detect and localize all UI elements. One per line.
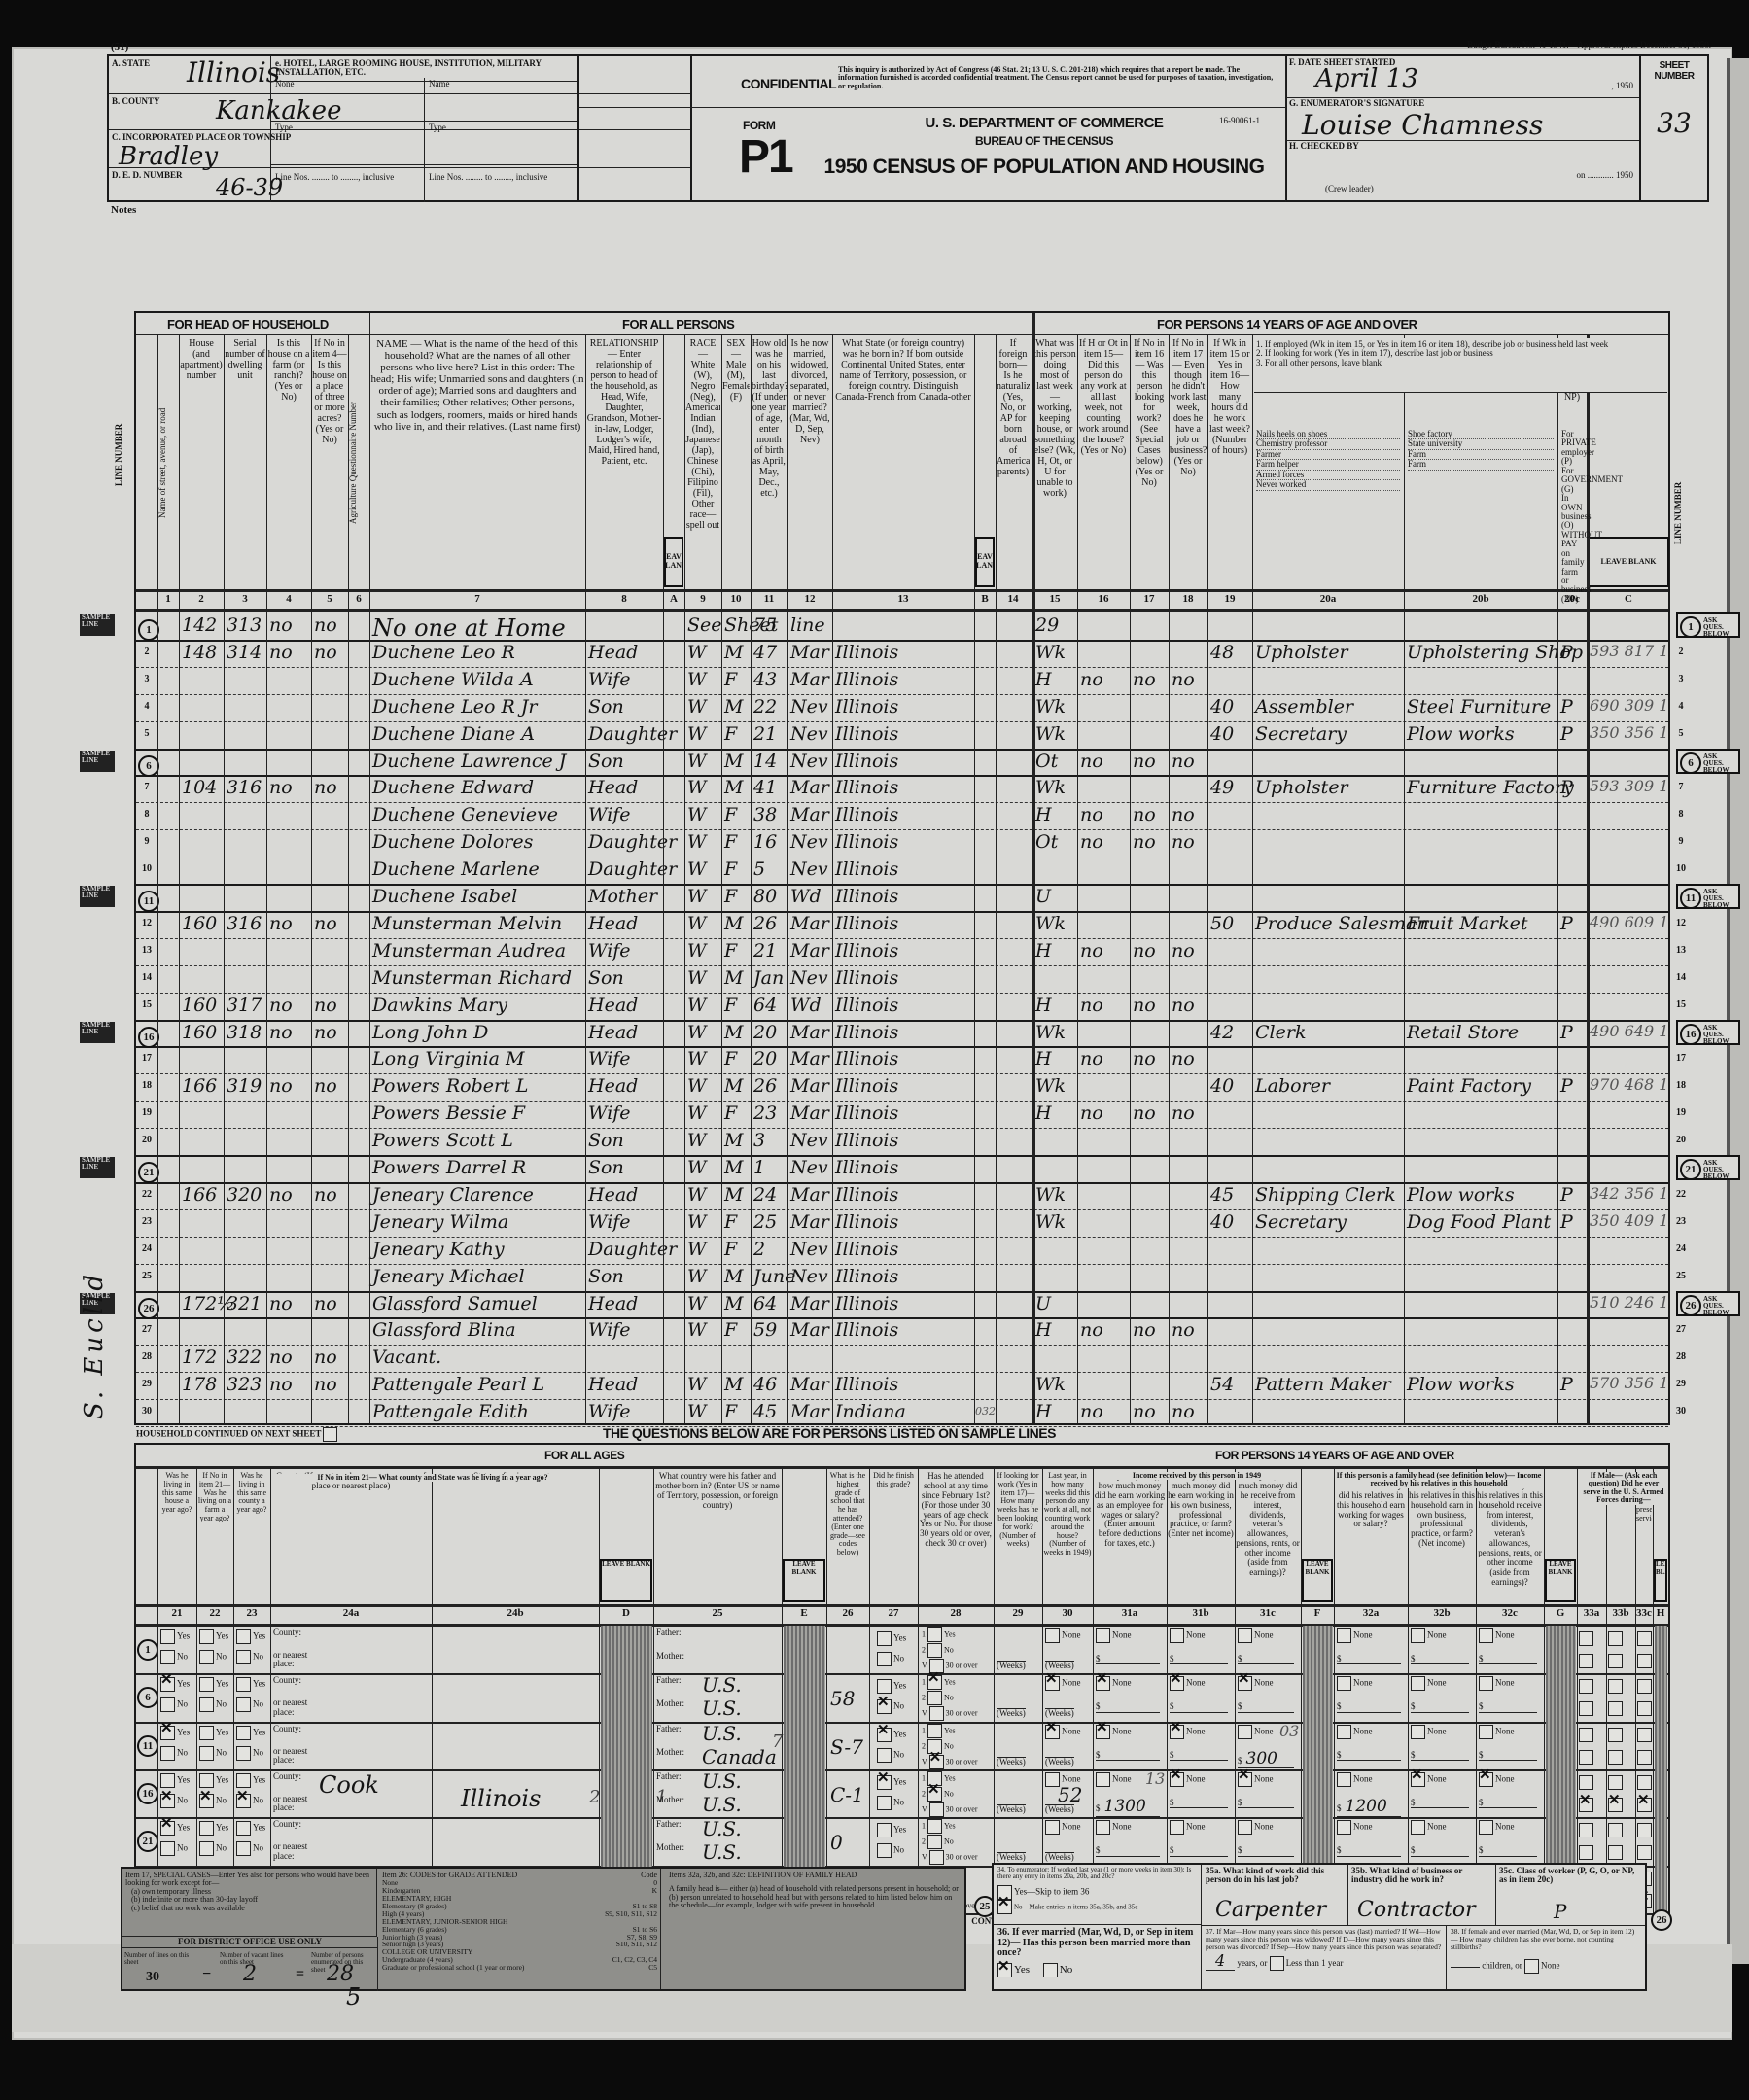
cell-age[interactable]: 14 [753, 751, 777, 772]
cell-birthplace[interactable]: Illinois [835, 696, 898, 717]
table-row[interactable]: 99Duchene DoloresDaughterWF16NevIllinois… [136, 829, 1668, 857]
cell-marital[interactable]: Nev [790, 858, 828, 880]
cell-race[interactable]: W [687, 669, 707, 690]
cell-dwelling[interactable]: 322 [227, 1347, 262, 1368]
cell-marital[interactable]: Nev [790, 723, 828, 745]
table-row[interactable]: 1414Munsterman RichardSonWMJanNevIllinoi… [136, 965, 1668, 993]
cell-birthplace[interactable]: Illinois [835, 886, 898, 907]
cell-age[interactable]: June [753, 1266, 795, 1287]
income-field-32a[interactable]: $1200 [1337, 1799, 1401, 1817]
father-birthplace[interactable]: U.S. [702, 1722, 742, 1745]
q22-no-checkbox[interactable] [199, 1650, 214, 1664]
q38-children-input[interactable] [1451, 1967, 1480, 1968]
cell-race[interactable]: W [687, 995, 707, 1016]
person-name[interactable]: Duchene Diane A [372, 723, 535, 745]
cell-marital[interactable]: Nev [790, 751, 828, 772]
cell-marital[interactable]: Nev [790, 1130, 828, 1151]
hotel-type-2[interactable]: Type [425, 122, 577, 165]
cell-c18[interactable]: no [1172, 1048, 1195, 1069]
q23-yes-checkbox[interactable] [236, 1629, 251, 1644]
33a-yes-checkbox[interactable] [1579, 1728, 1593, 1742]
q32a-none-checkbox[interactable] [1337, 1725, 1351, 1739]
cell-acres[interactable]: no [314, 777, 337, 798]
table-row[interactable]: 2828172322nonoVacant. [136, 1345, 1668, 1372]
33c-no-checkbox[interactable] [1637, 1798, 1652, 1812]
cell-sex[interactable]: M [724, 1374, 743, 1395]
cell-age[interactable]: 59 [753, 1319, 777, 1341]
q23-yes-checkbox[interactable] [236, 1821, 251, 1836]
date-field[interactable]: f. DATE SHEET STARTED April 13 , 1950 [1286, 56, 1639, 98]
cell-activity[interactable]: H [1035, 1401, 1052, 1422]
q32a-none-checkbox[interactable] [1337, 1772, 1351, 1787]
father-birthplace[interactable]: U.S. [702, 1817, 742, 1840]
cell-marital[interactable]: Mar [790, 1293, 829, 1314]
person-name[interactable]: Long John D [372, 1022, 488, 1043]
cell-birthplace[interactable]: Illinois [835, 1266, 898, 1287]
q32a-none-checkbox[interactable] [1337, 1820, 1351, 1835]
cell-relationship[interactable]: Son [588, 1266, 624, 1287]
income-field-31c[interactable]: $300 [1238, 1751, 1294, 1769]
cell-birthplace[interactable]: Illinois [835, 1374, 898, 1395]
cell-c16[interactable]: no [1080, 804, 1103, 825]
cell-class[interactable]: P [1560, 1374, 1573, 1395]
cell-relationship[interactable]: Head [588, 1075, 638, 1097]
person-name[interactable]: Powers Bessie F [372, 1102, 525, 1124]
q32b-none-checkbox[interactable] [1411, 1820, 1425, 1835]
cell-age[interactable]: 26 [753, 913, 777, 934]
cell-industry[interactable]: Retail Store [1407, 1022, 1519, 1043]
cell-age[interactable]: 75 [753, 614, 777, 636]
cell-marital[interactable]: Nev [790, 967, 828, 989]
cell-activity[interactable]: H [1035, 995, 1052, 1016]
cell-relationship[interactable]: Son [588, 751, 624, 772]
table-row[interactable]: SAMPLE LINE6ASK QUES. BELOW6Duchene Lawr… [136, 749, 1668, 776]
table-row[interactable]: 1717Long Virginia MWifeWF20MarIllinoisHn… [136, 1046, 1668, 1073]
cell-c17[interactable]: no [1133, 831, 1156, 853]
income-field-32c[interactable]: $ [1479, 1799, 1537, 1808]
cell-marital[interactable]: Mar [790, 642, 829, 663]
q22-yes-checkbox[interactable] [199, 1773, 214, 1788]
cell-class[interactable]: P [1560, 1211, 1573, 1233]
household-continued-checkbox[interactable] [323, 1427, 337, 1442]
cell-race[interactable]: W [687, 1075, 707, 1097]
cell-occupation[interactable]: Secretary [1255, 723, 1347, 745]
cell-hours[interactable]: 40 [1210, 1075, 1234, 1097]
q21-yes-checkbox[interactable] [160, 1629, 175, 1644]
q31c-none-checkbox[interactable] [1238, 1772, 1252, 1787]
income-field-32a[interactable]: $ [1337, 1751, 1401, 1761]
cell-activity[interactable]: H [1035, 669, 1052, 690]
q28-no-checkbox[interactable] [927, 1643, 942, 1658]
hotel-name-2[interactable]: Name [425, 78, 577, 122]
33a-no-checkbox[interactable] [1579, 1654, 1593, 1668]
cell-marital[interactable]: Mar [790, 1184, 829, 1206]
cell-birthplace[interactable]: Illinois [835, 913, 898, 934]
cell-age[interactable]: 80 [753, 886, 777, 907]
cell-race[interactable]: W [687, 642, 707, 663]
cell-birthplace[interactable]: Illinois [835, 642, 898, 663]
cell-acres[interactable]: no [314, 1184, 337, 1206]
q31a-none-checkbox[interactable] [1096, 1676, 1110, 1691]
q31b-none-checkbox[interactable] [1170, 1820, 1184, 1835]
income-field-31c[interactable]: $ [1238, 1702, 1294, 1712]
cell-age[interactable]: 47 [753, 642, 777, 663]
cell-industry[interactable]: Plow works [1407, 723, 1515, 745]
grade-attended[interactable]: C-1 [830, 1783, 864, 1806]
cell-c18[interactable]: no [1172, 940, 1195, 962]
table-row[interactable]: 3030Pattengale EdithWifeWF45MarIndianaHn… [136, 1399, 1668, 1426]
person-name[interactable]: Munsterman Richard [372, 967, 572, 989]
enumerator-field[interactable]: g. ENUMERATOR'S SIGNATURE Louise Chamnes… [1286, 97, 1639, 141]
cell-hours[interactable]: 50 [1210, 913, 1234, 934]
cell-race[interactable]: W [687, 1211, 707, 1233]
cell-codes[interactable]: 342 356 1 [1590, 1184, 1668, 1203]
33c-no-checkbox[interactable] [1637, 1750, 1652, 1765]
q23-no-checkbox[interactable] [236, 1697, 251, 1712]
cell-age[interactable]: 16 [753, 831, 777, 853]
cell-age[interactable]: 21 [753, 723, 777, 745]
cell-occupation[interactable]: Pattern Maker [1255, 1374, 1391, 1395]
q23-no-checkbox[interactable] [236, 1650, 251, 1664]
cell-relationship[interactable]: Wife [588, 669, 631, 690]
q28-yes-checkbox[interactable] [927, 1675, 942, 1690]
cell-c17[interactable]: no [1133, 751, 1156, 772]
cell-birthplace[interactable]: Illinois [835, 1048, 898, 1069]
income-field-31b[interactable]: $ [1170, 1655, 1228, 1664]
cell-codes[interactable]: 510 246 1 [1590, 1293, 1668, 1312]
33a-no-checkbox[interactable] [1579, 1750, 1593, 1765]
county-value[interactable]: Cook [319, 1771, 379, 1799]
cell-hours[interactable]: 40 [1210, 723, 1234, 745]
q32c-none-checkbox[interactable] [1479, 1820, 1493, 1835]
cell-sex[interactable]: F [724, 804, 737, 825]
cell-age[interactable]: 41 [753, 777, 777, 798]
income-field-32b[interactable]: $ [1411, 1751, 1469, 1761]
hotel-type-1[interactable]: Type [271, 122, 424, 165]
cell-relationship[interactable]: Head [588, 1293, 638, 1314]
cell-c17[interactable]: no [1133, 1048, 1156, 1069]
income-field-31b[interactable]: $ [1170, 1751, 1228, 1761]
q22-yes-checkbox[interactable] [199, 1821, 214, 1836]
q28-30-or-over-checkbox[interactable] [929, 1706, 944, 1721]
cell-marital[interactable]: Mar [790, 1211, 829, 1233]
cell-sex[interactable]: M [724, 1075, 743, 1097]
cell-acres[interactable]: no [314, 1347, 337, 1368]
q31b-none-checkbox[interactable] [1170, 1676, 1184, 1691]
cell-race[interactable]: W [687, 1401, 707, 1422]
33c-yes-checkbox[interactable] [1637, 1823, 1652, 1837]
cell-farm[interactable]: no [269, 995, 293, 1016]
income-field-32c[interactable]: $ [1479, 1702, 1537, 1712]
income-field-31b[interactable]: $ [1170, 1846, 1228, 1856]
cell-dwelling[interactable]: 318 [227, 1022, 262, 1043]
cell-age[interactable]: 22 [753, 696, 777, 717]
cell-industry[interactable]: Upholstering Shop [1407, 642, 1583, 663]
cell-occupation[interactable]: Assembler [1255, 696, 1353, 717]
cell-c16[interactable]: no [1080, 831, 1103, 853]
cell-age[interactable]: 38 [753, 804, 777, 825]
cell-birthplace[interactable]: Illinois [835, 723, 898, 745]
cell-birthplace[interactable]: Illinois [835, 804, 898, 825]
state-value[interactable]: Illinois [461, 1785, 541, 1812]
cell-c16[interactable]: no [1080, 940, 1103, 962]
sample-row[interactable]: 11YesNoYesNoYesNoCounty:or nearest place… [136, 1722, 1668, 1769]
cell-activity[interactable]: H [1035, 940, 1052, 962]
cell-relationship[interactable]: Wife [588, 1102, 631, 1124]
cell-c17[interactable]: no [1133, 940, 1156, 962]
q31a-none-checkbox[interactable] [1096, 1772, 1110, 1787]
cell-relationship[interactable]: Wife [588, 1401, 631, 1422]
cell-sex[interactable]: F [724, 1102, 737, 1124]
cell-sex[interactable]: M [724, 1293, 743, 1314]
cell-occupation[interactable]: Upholster [1255, 642, 1348, 663]
q21-yes-checkbox[interactable] [160, 1726, 175, 1740]
cell-c18[interactable]: no [1172, 1401, 1195, 1422]
person-name[interactable]: Duchene Leo R Jr [372, 696, 538, 717]
q28-30-or-over-checkbox[interactable] [929, 1802, 944, 1817]
cell-hours[interactable]: 40 [1210, 1211, 1234, 1233]
cell-marital[interactable]: Wd [790, 886, 822, 907]
cell-relationship[interactable]: Wife [588, 940, 631, 962]
person-name[interactable]: Glassford Samuel [372, 1293, 538, 1314]
hotel-lines-1[interactable]: Line Nos. ........ to ........, inclusiv… [271, 165, 424, 190]
q37-answer[interactable]: 4 [1206, 1951, 1235, 1971]
cell-occupation[interactable]: Upholster [1255, 777, 1348, 798]
cell-industry[interactable]: Steel Furniture [1407, 696, 1551, 717]
person-name[interactable]: Munsterman Melvin [372, 913, 562, 934]
person-name[interactable]: Munsterman Audrea [372, 940, 566, 962]
cell-sex[interactable]: M [724, 967, 743, 989]
q36-yes-checkbox[interactable] [997, 1963, 1012, 1977]
cell-relationship[interactable]: Wife [588, 1211, 631, 1233]
q38-none-checkbox[interactable] [1524, 1959, 1539, 1974]
cell-c18[interactable]: no [1172, 1319, 1195, 1341]
33c-yes-checkbox[interactable] [1637, 1775, 1652, 1790]
cell-relationship[interactable]: Head [588, 1022, 638, 1043]
income-field-32c[interactable]: $ [1479, 1846, 1537, 1856]
person-name[interactable]: Duchene Leo R [372, 642, 515, 663]
q28-no-checkbox[interactable] [927, 1835, 942, 1849]
cell-class[interactable]: P [1560, 723, 1573, 745]
income-field-32a[interactable]: $ [1337, 1702, 1401, 1712]
cell-sex[interactable]: M [724, 777, 743, 798]
33a-no-checkbox[interactable] [1579, 1845, 1593, 1860]
grade-attended[interactable]: S-7 [830, 1735, 863, 1759]
cell-birthplace[interactable]: Illinois [835, 1130, 898, 1151]
33c-yes-checkbox[interactable] [1637, 1679, 1652, 1694]
cell-hours[interactable]: 48 [1210, 642, 1234, 663]
q31a-none-checkbox[interactable] [1096, 1820, 1110, 1835]
33a-no-checkbox[interactable] [1579, 1701, 1593, 1716]
income-field-31a[interactable]: $ [1096, 1655, 1160, 1664]
cell-hours[interactable]: 40 [1210, 696, 1234, 717]
cell-relationship[interactable]: Head [588, 642, 638, 663]
cell-house[interactable]: 178 [182, 1374, 217, 1395]
cell-birthplace[interactable]: Illinois [835, 669, 898, 690]
person-name[interactable]: Powers Darrel R [372, 1157, 526, 1178]
table-row[interactable]: 2727Glassford BlinaWifeWF59MarIllinoisHn… [136, 1317, 1668, 1345]
cell-activity[interactable]: Wk [1035, 1374, 1066, 1395]
cell-c18[interactable]: no [1172, 1102, 1195, 1124]
cell-hours[interactable]: 42 [1210, 1022, 1234, 1043]
table-row[interactable]: 33Duchene Wilda AWifeWF43MarIllinoisHnon… [136, 667, 1668, 694]
cell-birthplace[interactable]: Illinois [835, 777, 898, 798]
q32b-none-checkbox[interactable] [1411, 1676, 1425, 1691]
cell-sex[interactable]: F [724, 1401, 737, 1422]
cell-relationship[interactable]: Head [588, 1374, 638, 1395]
cell-race[interactable]: W [687, 1293, 707, 1314]
q22-no-checkbox[interactable] [199, 1697, 214, 1712]
cell-relationship[interactable]: Son [588, 1130, 624, 1151]
cell-activity[interactable]: Wk [1035, 777, 1066, 798]
33a-yes-checkbox[interactable] [1579, 1775, 1593, 1790]
cell-marital[interactable]: Mar [790, 1319, 829, 1341]
cell-codes[interactable]: 593 309 1 [1590, 777, 1668, 795]
table-row[interactable]: 1818166319nonoPowers Robert LHeadWM26Mar… [136, 1073, 1668, 1101]
cell-sex[interactable]: M [724, 642, 743, 663]
q31c-none-checkbox[interactable] [1238, 1725, 1252, 1739]
income-field-32b[interactable]: $ [1411, 1846, 1469, 1856]
q36-no-checkbox[interactable] [1043, 1963, 1058, 1977]
33c-yes-checkbox[interactable] [1637, 1728, 1652, 1742]
q31b-none-checkbox[interactable] [1170, 1725, 1184, 1739]
33b-yes-checkbox[interactable] [1608, 1728, 1623, 1742]
cell-acres[interactable]: no [314, 1374, 337, 1395]
cell-sex[interactable]: F [724, 831, 737, 853]
q34-no-checkbox[interactable] [997, 1900, 1012, 1914]
cell-c16[interactable]: no [1080, 751, 1103, 772]
person-name[interactable]: Powers Scott L [372, 1130, 513, 1151]
q32b-none-checkbox[interactable] [1411, 1628, 1425, 1643]
q31b-none-checkbox[interactable] [1170, 1628, 1184, 1643]
cell-sex[interactable]: F [724, 669, 737, 690]
income-field-31a[interactable]: $ [1096, 1702, 1160, 1712]
table-row[interactable]: SAMPLE LINE11ASK QUES. BELOW11Duchene Is… [136, 884, 1668, 911]
income-field-31a[interactable]: $ [1096, 1751, 1160, 1761]
cell-sex[interactable]: F [724, 1048, 737, 1069]
cell-race[interactable]: W [687, 723, 707, 745]
cell-occupation[interactable]: Secretary [1255, 1211, 1347, 1233]
cell-activity[interactable]: H [1035, 804, 1052, 825]
cell-sex[interactable]: F [724, 1319, 737, 1341]
table-row[interactable]: 2525Jeneary MichaelSonWMJuneNevIllinois [136, 1264, 1668, 1291]
cell-farm[interactable]: no [269, 614, 293, 636]
cell-class[interactable]: P [1560, 1075, 1573, 1097]
cell-activity[interactable]: Ot [1035, 831, 1058, 853]
cell-class[interactable]: P [1560, 642, 1573, 663]
q21-no-checkbox[interactable] [160, 1841, 175, 1856]
cell-age[interactable]: 23 [753, 1102, 777, 1124]
q27-yes-checkbox[interactable] [877, 1823, 892, 1837]
cell-farm[interactable]: no [269, 1022, 293, 1043]
cell-hours[interactable]: 45 [1210, 1184, 1234, 1206]
cell-class[interactable]: P [1560, 696, 1573, 717]
cell-activity[interactable]: H [1035, 1319, 1052, 1341]
cell-birthplace[interactable]: Illinois [835, 858, 898, 880]
cell-occupation[interactable]: Produce Salesman [1255, 913, 1429, 934]
household-continued[interactable]: HOUSEHOLD CONTINUED ON NEXT SHEET [136, 1427, 339, 1442]
cell-class[interactable]: P [1560, 1022, 1573, 1043]
cell-race[interactable]: W [687, 831, 707, 853]
q30-none-checkbox[interactable] [1045, 1725, 1060, 1739]
cell-relationship[interactable]: Head [588, 1184, 638, 1206]
cell-age[interactable]: 5 [753, 858, 765, 880]
cell-race[interactable]: W [687, 858, 707, 880]
cell-industry[interactable]: Plow works [1407, 1184, 1515, 1206]
table-row[interactable]: 44Duchene Leo R JrSonWM22NevIllinoisWk40… [136, 694, 1668, 721]
cell-industry[interactable]: Paint Factory [1407, 1075, 1531, 1097]
33a-yes-checkbox[interactable] [1579, 1679, 1593, 1694]
cell-birthplace[interactable]: Illinois [835, 967, 898, 989]
33b-yes-checkbox[interactable] [1608, 1775, 1623, 1790]
cell-activity[interactable]: Wk [1035, 1184, 1066, 1206]
cell-relationship[interactable]: Mother [588, 886, 657, 907]
cell-birthplace[interactable]: Illinois [835, 1239, 898, 1260]
cell-c18[interactable]: no [1172, 995, 1195, 1016]
cell-race[interactable]: W [687, 696, 707, 717]
person-name[interactable]: Duchene Edward [372, 777, 534, 798]
sample-row[interactable]: 21YesNoYesNoYesNoCounty:or nearest place… [136, 1817, 1668, 1865]
cell-age[interactable]: 45 [753, 1401, 777, 1422]
q28-yes-checkbox[interactable] [927, 1724, 942, 1738]
table-row[interactable]: SAMPLE LINE21ASK QUES. BELOW21Powers Dar… [136, 1155, 1668, 1182]
cell-house[interactable]: 166 [182, 1184, 217, 1206]
cell-house[interactable]: 160 [182, 913, 217, 934]
cell-codes[interactable]: 593 817 1 [1590, 642, 1668, 660]
q32c-none-checkbox[interactable] [1479, 1676, 1493, 1691]
cell-farm[interactable]: no [269, 913, 293, 934]
cell-house[interactable]: 160 [182, 995, 217, 1016]
33b-yes-checkbox[interactable] [1608, 1679, 1623, 1694]
question-35b[interactable]: 35b. What kind of business or industry d… [1347, 1865, 1496, 1926]
income-field-31b[interactable]: $ [1170, 1702, 1228, 1712]
cell-birthplace[interactable]: Illinois [835, 1157, 898, 1178]
cell-codes[interactable]: 690 309 1 [1590, 696, 1668, 715]
cell-farm[interactable]: no [269, 1075, 293, 1097]
cell-birthplace[interactable]: Illinois [835, 1102, 898, 1124]
table-row[interactable]: 2323Jeneary WilmaWifeWF25MarIllinoisWk40… [136, 1209, 1668, 1237]
person-name[interactable]: Duchene Dolores [372, 831, 533, 853]
cell-relationship[interactable]: Head [588, 777, 638, 798]
cell-race[interactable]: W [687, 940, 707, 962]
income-field-32b[interactable]: $ [1411, 1702, 1469, 1712]
cell-sex[interactable]: M [724, 913, 743, 934]
table-row[interactable]: SAMPLE LINE1ASK QUES. BELOW1142313nonoNo… [136, 612, 1668, 640]
q22-no-checkbox[interactable] [199, 1841, 214, 1856]
cell-marital[interactable]: line [790, 614, 825, 636]
q32c-none-checkbox[interactable] [1479, 1628, 1493, 1643]
cell-age[interactable]: 3 [753, 1130, 765, 1151]
cell-race[interactable]: W [687, 1184, 707, 1206]
cell-relationship[interactable]: Wife [588, 804, 631, 825]
q28-30-or-over-checkbox[interactable] [929, 1755, 944, 1769]
q27-yes-checkbox[interactable] [877, 1631, 892, 1646]
33c-yes-checkbox[interactable] [1637, 1631, 1652, 1646]
cell-dwelling[interactable]: 321 [227, 1293, 262, 1314]
q23-no-checkbox[interactable] [236, 1841, 251, 1856]
cell-dwelling[interactable]: 323 [227, 1374, 262, 1395]
cell-marital[interactable]: Nev [790, 696, 828, 717]
cell-age[interactable]: 21 [753, 940, 777, 962]
q21-no-checkbox[interactable] [160, 1794, 175, 1808]
table-row[interactable]: 1919Powers Bessie FWifeWF23MarIllinoisHn… [136, 1101, 1668, 1128]
person-name[interactable]: Pattengale Edith [372, 1401, 529, 1422]
cell-farm[interactable]: no [269, 1293, 293, 1314]
cell-activity[interactable]: Wk [1035, 642, 1066, 663]
33b-no-checkbox[interactable] [1608, 1701, 1623, 1716]
cell-codes[interactable]: 350 356 1 [1590, 723, 1668, 742]
table-row[interactable]: 1010Duchene MarleneDaughterWF5NevIllinoi… [136, 857, 1668, 884]
